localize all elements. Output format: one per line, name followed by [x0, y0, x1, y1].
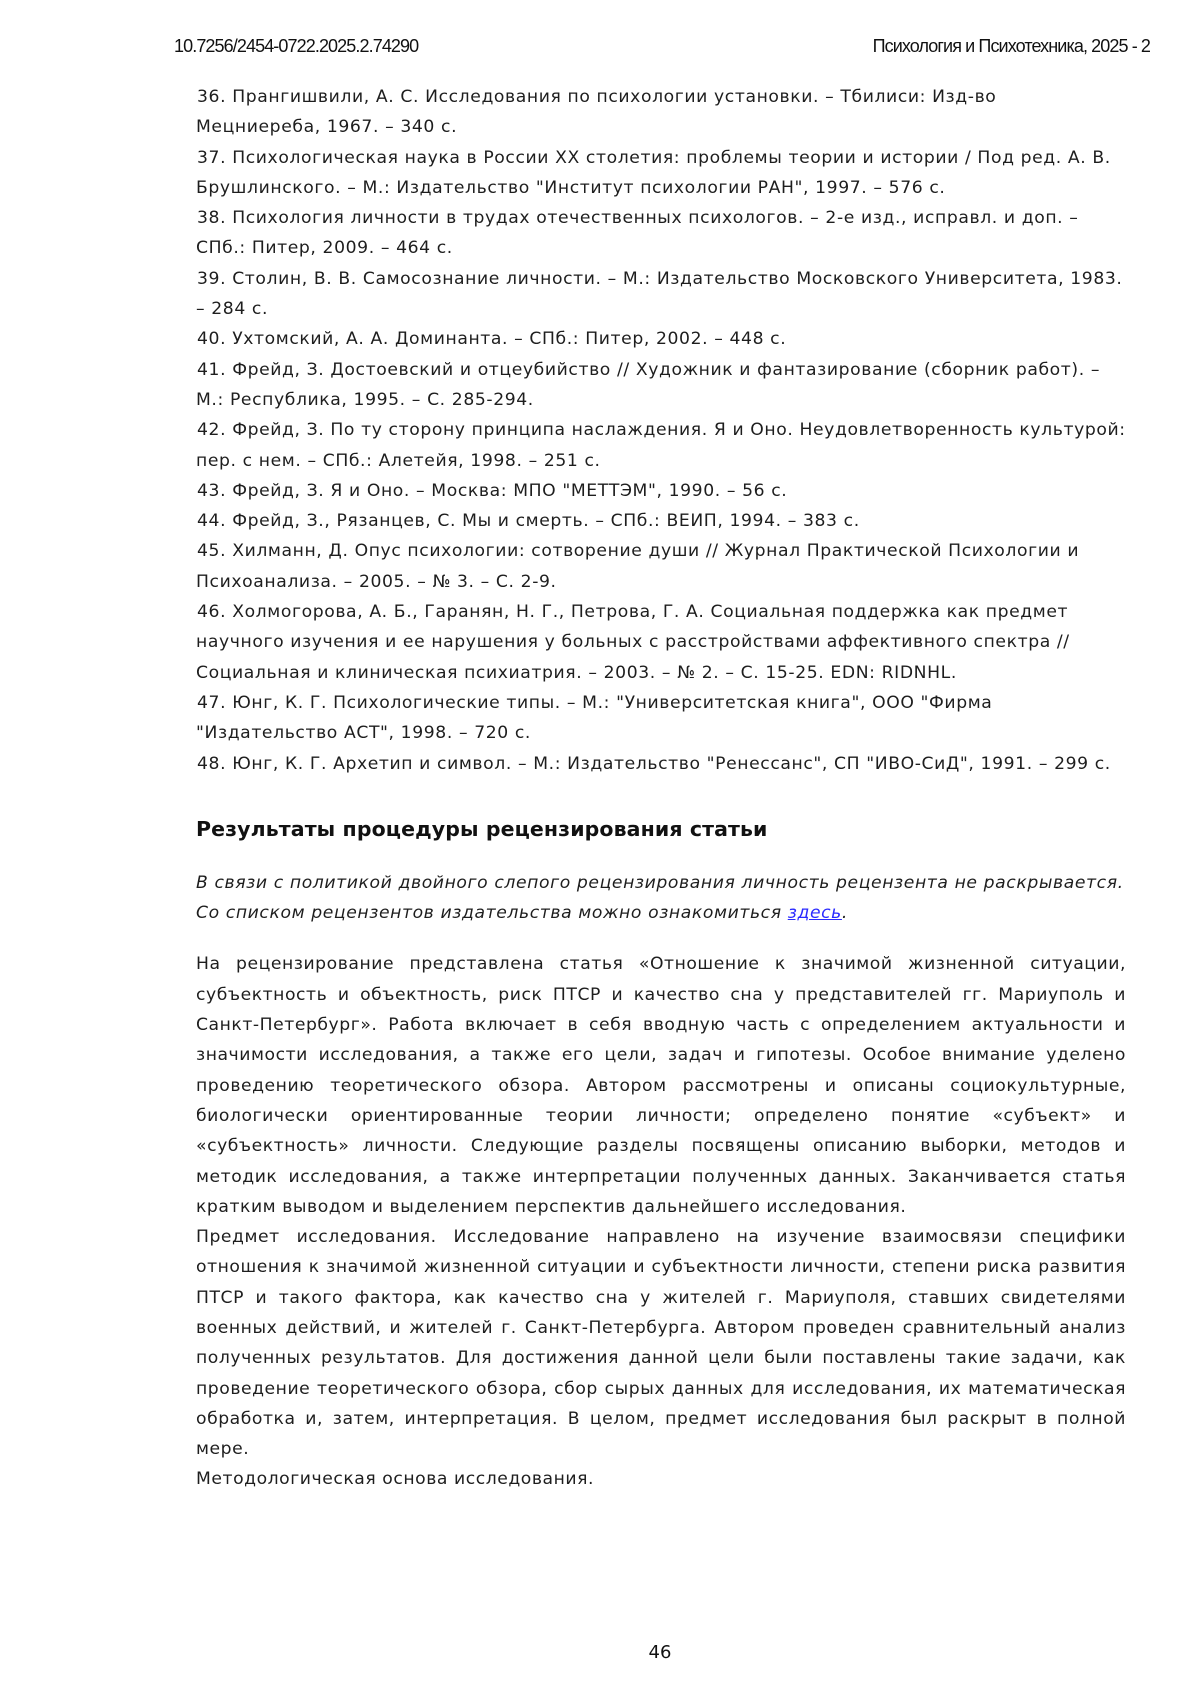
running-header: 10.7256/2454-0722.2025.2.74290 Психологи…: [174, 34, 1150, 58]
review-body: На рецензирование представлена статья «О…: [196, 949, 1126, 1494]
reference-item: 43. Фрейд, З. Я и Оно. – Москва: МПО "МЕ…: [196, 476, 1126, 506]
reference-item: 40. Ухтомский, А. А. Доминанта. – СПб.: …: [196, 324, 1126, 354]
reference-item: 46. Холмогорова, А. Б., Гаранян, Н. Г., …: [196, 597, 1126, 688]
review-paragraph: Предмет исследования. Исследование напра…: [196, 1222, 1126, 1464]
reference-item: 45. Хилманн, Д. Опус психологии: сотворе…: [196, 536, 1126, 597]
doi-label: 10.7256/2454-0722.2025.2.74290: [174, 36, 418, 57]
reviewers-note: Со списком рецензентов издательства можн…: [196, 898, 1126, 928]
anonymity-note: В связи с политикой двойного слепого рец…: [196, 868, 1126, 898]
review-paragraph: На рецензирование представлена статья «О…: [196, 949, 1126, 1222]
reference-item: 36. Прангишвили, А. С. Исследования по п…: [196, 82, 1126, 143]
review-note: В связи с политикой двойного слепого рец…: [196, 868, 1126, 929]
reference-item: 48. Юнг, К. Г. Архетип и символ. – М.: И…: [196, 749, 1126, 779]
reference-list: 36. Прангишвили, А. С. Исследования по п…: [196, 82, 1126, 779]
reference-item: 42. Фрейд, З. По ту сторону принципа нас…: [196, 415, 1126, 476]
reference-item: 47. Юнг, К. Г. Психологические типы. – М…: [196, 688, 1126, 749]
reference-item: 38. Психология личности в трудах отечест…: [196, 203, 1126, 264]
reviewers-note-text: Со списком рецензентов издательства можн…: [196, 903, 788, 923]
reference-item: 44. Фрейд, З., Рязанцев, С. Мы и смерть.…: [196, 506, 1126, 536]
reference-item: 41. Фрейд, З. Достоевский и отцеубийство…: [196, 355, 1126, 416]
journal-label: Психология и Психотехника, 2025 - 2: [873, 36, 1150, 57]
review-paragraph: Методологическая основа исследования.: [196, 1464, 1126, 1494]
reference-item: 39. Столин, В. В. Самосознание личности.…: [196, 264, 1126, 325]
reviewers-note-suffix: .: [842, 903, 848, 923]
page-content: 36. Прангишвили, А. С. Исследования по п…: [196, 82, 1126, 1495]
reviewers-list-link[interactable]: здесь: [788, 903, 842, 923]
page-number: 46: [0, 1642, 1200, 1663]
review-section-title: Результаты процедуры рецензирования стат…: [196, 814, 1126, 844]
reference-item: 37. Психологическая наука в России XX ст…: [196, 143, 1126, 204]
